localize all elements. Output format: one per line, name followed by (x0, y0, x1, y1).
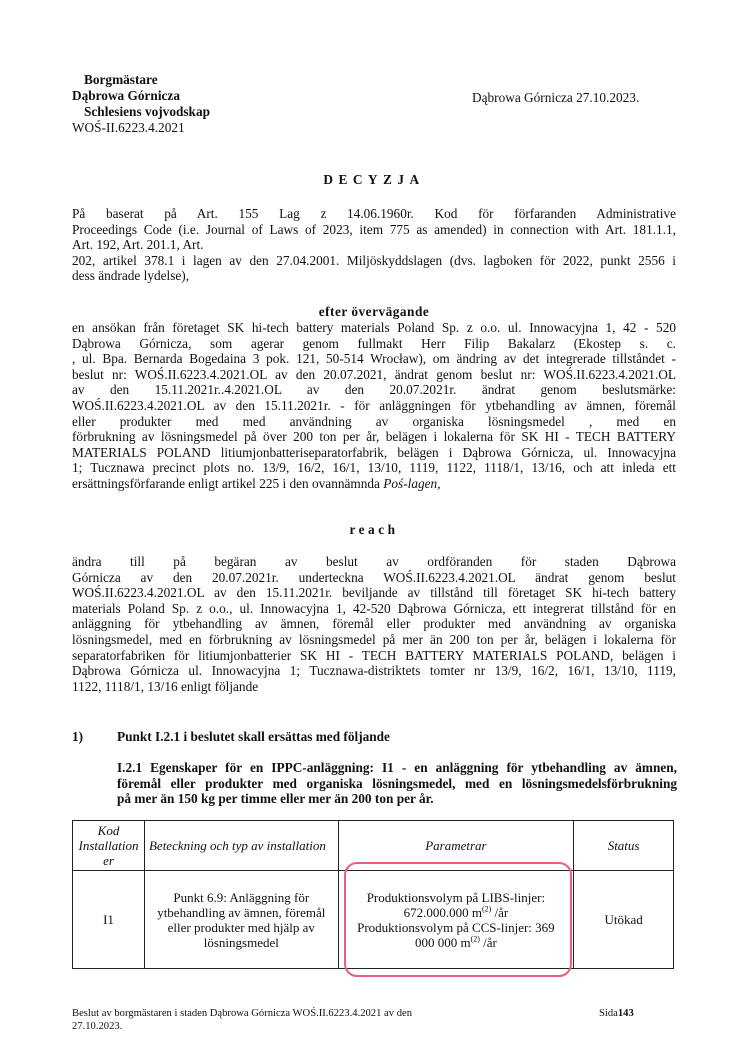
text-line: förbrukning av lösningsmedel på över 200… (72, 429, 676, 445)
table-header-row: Kod Installation er Beteckning och typ a… (73, 821, 674, 871)
text-line: anläggning för ytbehandling av ämnen, fö… (72, 616, 676, 632)
param-sup: (2) (471, 934, 480, 943)
text-fragment: , (437, 476, 440, 491)
text-line: Art. 192, Art. 201.1, Art. (72, 237, 676, 253)
param-value: 672.000.000 m (404, 905, 482, 920)
section-number: 1) (72, 729, 83, 745)
text-line: materials Poland Sp. z o.o., ul. Innowac… (72, 601, 676, 617)
text-line: WOŚ.II.6223.4.2021.OL av den 15.11.2021r… (72, 585, 676, 601)
text-line: beslut nr: WOŚ.II.6223.4.2021.OL av den … (72, 367, 676, 383)
consideration-paragraph: en ansökan från företaget SK hi-tech bat… (72, 320, 676, 492)
param-sup: (2) (482, 904, 491, 913)
param-line: Produktionsvolym på LIBS-linjer: (349, 890, 564, 905)
header-parameters: Parametrar (338, 821, 574, 871)
param-line: Produktionsvolym på CCS-linjer: 369 (349, 920, 564, 935)
text-line: en ansökan från företaget SK hi-tech bat… (72, 320, 676, 336)
document-title: DECYZJA (72, 172, 676, 188)
text-line: MATERIALS POLAND litiumjonbatteriseparat… (72, 445, 676, 461)
text-line: I.2.1 Egenskaper för en IPPC-anläggning:… (117, 760, 677, 776)
consideration-heading: efter övervägande (72, 304, 676, 320)
param-line: 000 000 m(2) /år (349, 935, 564, 950)
cell-code: I1 (73, 871, 145, 969)
decision-paragraph: ändra till på begäran av beslut av ordfö… (72, 554, 676, 694)
section-subtitle: I.2.1 Egenskaper för en IPPC-anläggning:… (117, 760, 677, 807)
text-line: av den 15.11.2021r..4.2021.OL av den 20.… (72, 382, 676, 398)
table-row: I1 Punkt 6.9: Anläggning för ytbehandlin… (73, 871, 674, 969)
issuer-block: Borgmästare Dąbrowa Górnicza Schlesiens … (72, 72, 210, 136)
law-name-italic: Poś-lagen (383, 476, 437, 491)
param-unit: /år (491, 905, 508, 920)
header-code: Kod Installation er (73, 821, 145, 871)
page-number: 143 (618, 1008, 634, 1019)
text-line: ändra till på begäran av beslut av ordfö… (72, 554, 676, 570)
header-designation: Beteckning och typ av installation (144, 821, 338, 871)
text-line: eller produkter med med användning av or… (72, 414, 676, 430)
text-line: Dąbrowa Górnicza ul. Innowacyjna 1; Tucz… (72, 663, 676, 679)
param-line: 672.000.000 m(2) /år (349, 905, 564, 920)
text-line: på mer än 150 kg per timme eller mer än … (117, 791, 677, 807)
page-footer: Beslut av borgmästaren i staden Dąbrowa … (72, 1008, 676, 1033)
text-line: ersättningsförfarande enligt artikel 225… (72, 476, 676, 492)
page-label: Sida (599, 1008, 618, 1019)
text-line: På baserat på Art. 155 Lag z 14.06.1960r… (72, 206, 676, 222)
text-line: , ul. Bpa. Bernarda Bogedaina 3 pok. 121… (72, 351, 676, 367)
text-line: dess ändrade lydelse), (72, 268, 676, 284)
text-line: lösningsmedel, med en förbrukning av lös… (72, 632, 676, 648)
issuer-city: Dąbrowa Górnicza (72, 88, 210, 104)
cell-designation: Punkt 6.9: Anläggning för ytbehandling a… (144, 871, 338, 969)
text-line: Górnicza av den 20.07.2021r. underteckna… (72, 570, 676, 586)
page-number-label: Sida143 (599, 1008, 634, 1021)
cell-status: Utökad (574, 871, 674, 969)
case-number: WOŚ-II.6223.4.2021 (72, 120, 210, 136)
text-line: 1122, 1118/1, 13/16 enligt följande (72, 679, 676, 695)
place-date: Dąbrowa Górnicza 27.10.2023. (472, 90, 639, 106)
issuer-title: Borgmästare (72, 72, 210, 88)
cell-parameters: Produktionsvolym på LIBS-linjer: 672.000… (338, 871, 574, 969)
text-line: 1; Tucznawa precinct plots no. 13/9, 16/… (72, 460, 676, 476)
param-value: 000 000 m (415, 935, 471, 950)
header-status: Status (574, 821, 674, 871)
text-line: Proceedings Code (i.e. Journal of Laws o… (72, 222, 676, 238)
legal-basis-paragraph: På baserat på Art. 155 Lag z 14.06.1960r… (72, 206, 676, 284)
footer-line: Beslut av borgmästaren i staden Dąbrowa … (72, 1008, 676, 1021)
decision-heading: reach (72, 522, 676, 538)
text-line: Dąbrowa Górnicza, som agerar genom fullm… (72, 336, 676, 352)
text-line: 202, artikel 378.1 i lagen av den 27.04.… (72, 253, 676, 269)
issuer-region: Schlesiens vojvodskap (72, 104, 210, 120)
text-fragment: ersättningsförfarande enligt artikel 225… (72, 476, 383, 491)
footer-line: 27.10.2023. (72, 1021, 676, 1034)
text-line: separatorfabriken för litiumjonbatterier… (72, 648, 676, 664)
section-title: Punkt I.2.1 i beslutet skall ersättas me… (117, 729, 390, 745)
text-line: WOŚ.II.6223.4.2021.OL av den 15.11.2021r… (72, 398, 676, 414)
installation-table: Kod Installation er Beteckning och typ a… (72, 820, 674, 969)
text-line: föremål eller produkter med organiska lö… (117, 776, 677, 792)
param-unit: /år (480, 935, 497, 950)
